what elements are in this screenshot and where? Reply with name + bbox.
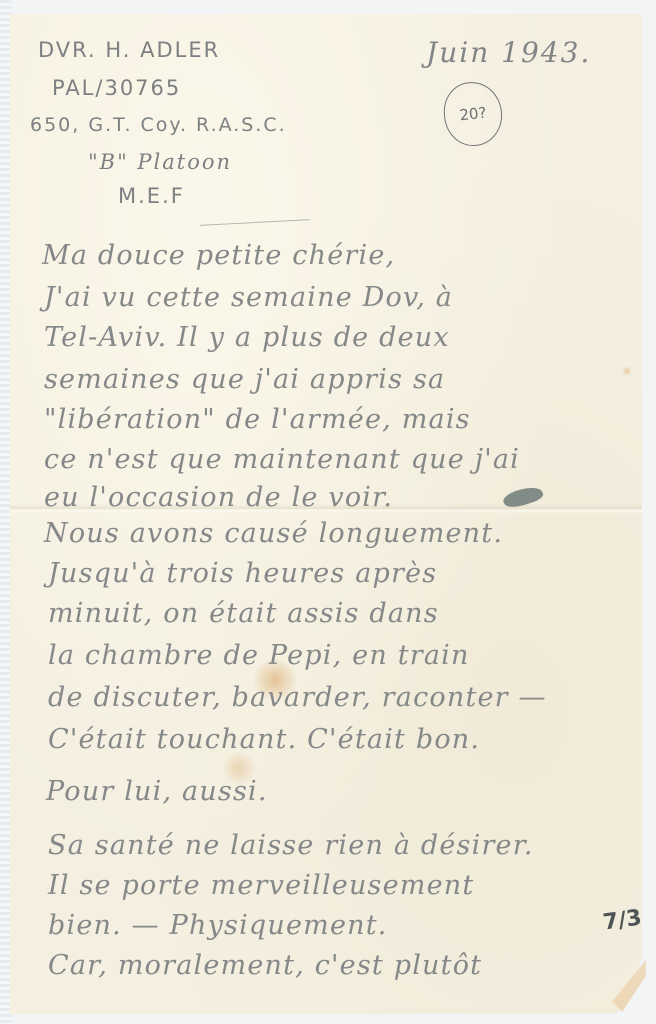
letter-line: semaines que j'ai appris sa	[44, 364, 445, 395]
letter-line: bien. — Physiquement.	[48, 910, 388, 941]
letter-line: eu l'occasion de le voir.	[44, 482, 393, 513]
stain-mark	[622, 366, 632, 376]
letter-line: minuit, on était assis dans	[48, 598, 439, 629]
address-line: 650, G.T. Coy. R.A.S.C.	[30, 114, 287, 136]
address-line: PAL/30765	[52, 76, 181, 100]
letter-line: Nous avons causé longuement.	[44, 518, 503, 549]
salutation: Ma douce petite chérie,	[42, 240, 395, 271]
letter-line: ce n'est que maintenant que j'ai	[44, 444, 520, 475]
letter-line: Tel-Aviv. Il y a plus de deux	[44, 322, 450, 353]
address-line: "B" Platoon	[88, 150, 232, 174]
letter-line: la chambre de Pepi, en train	[48, 640, 470, 671]
letter-line: "libération" de l'armée, mais	[44, 404, 471, 435]
letter-line: Sa santé ne laisse rien à désirer.	[48, 830, 534, 861]
letter-line: C'était touchant. C'était bon.	[48, 724, 480, 755]
address-line: M.E.F	[118, 184, 185, 208]
letter-line: de discuter, bavarder, raconter —	[48, 682, 547, 713]
letter-date: Juin 1943.	[426, 36, 591, 69]
letter-line: Jusqu'à trois heures après	[48, 558, 437, 589]
letter-line: Pour lui, aussi.	[46, 776, 268, 807]
page-number-text: 20?	[459, 104, 488, 125]
letter-line: J'ai vu cette semaine Dov, à	[44, 282, 453, 313]
corner-annotation: 7/3	[601, 905, 643, 935]
letter-line: Car, moralement, c'est plutôt	[48, 950, 482, 981]
letter-line: Il se porte merveilleusement	[48, 870, 474, 901]
address-line: DVR. H. ADLER	[38, 38, 220, 62]
